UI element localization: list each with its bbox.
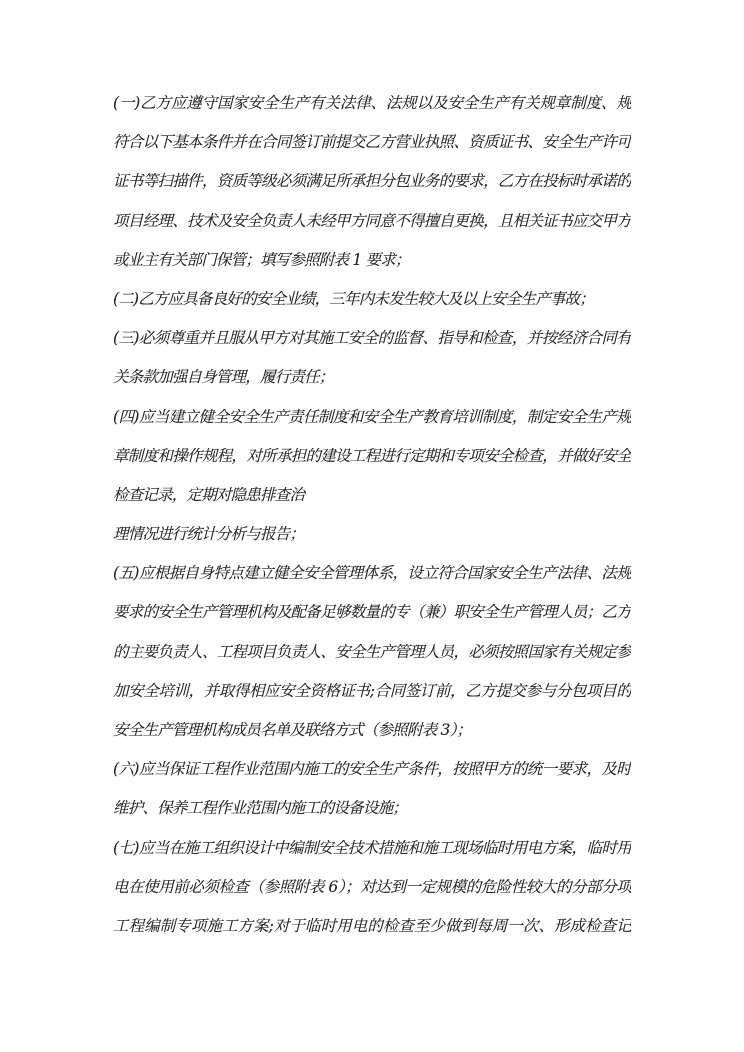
document-line: 的主要负责人、工程项目负责人、安全生产管理人员，必须按照国家有关规定参 [113,633,631,672]
document-line: (七)应当在施工组织设计中编制安全技术措施和施工现场临时用电方案，临时用 [113,829,631,868]
document-line: 电在使用前必须检查（参照附表 6）；对达到一定规模的危险性较大的分部分项 [113,868,631,907]
document-line: 加安全培训，并取得相应安全资格证书;合同签订前，乙方提交参与分包项目的 [113,672,631,711]
document-line: 关条款加强自身管理，履行责任； [113,358,631,397]
contract-text-block: (一)乙方应遵守国家安全生产有关法律、法规以及安全生产有关规章制度、规定， 符合… [113,84,631,946]
document-line: 证书等扫描件，资质等级必须满足所承担分包业务的要求，乙方在投标时承诺的 [113,162,631,201]
document-line: 检查记录，定期对隐患排查治 [113,476,631,515]
document-line: 理情况进行统计分析与报告； [113,515,631,554]
document-line: (四)应当建立健全安全生产责任制度和安全生产教育培训制度，制定安全生产规 [113,398,631,437]
document-line: 或业主有关部门保管；填写参照附表 1 要求； [113,241,631,280]
document-line: 项目经理、技术及安全负责人未经甲方同意不得擅自更换，且相关证书应交甲方 [113,202,631,241]
document-line: 章制度和操作规程，对所承担的建设工程进行定期和专项安全检查，并做好安全 [113,437,631,476]
document-line: (五)应根据自身特点建立健全安全管理体系，设立符合国家安全生产法律、法规 [113,554,631,593]
document-line: 工程编制专项施工方案;对于临时用电的检查至少做到每周一次、形成检查记录； [113,907,631,946]
document-page: (一)乙方应遵守国家安全生产有关法律、法规以及安全生产有关规章制度、规定， 符合… [0,0,744,1052]
document-line: 要求的安全生产管理机构及配备足够数量的专（兼）职安全生产管理人员；乙方 [113,593,631,632]
document-line: (一)乙方应遵守国家安全生产有关法律、法规以及安全生产有关规章制度、规定， [113,84,631,123]
document-line: 安全生产管理机构成员名单及联络方式（参照附表 3）； [113,711,631,750]
document-line: 符合以下基本条件并在合同签订前提交乙方营业执照、资质证书、安全生产许可 [113,123,631,162]
document-line: (三)必须尊重并且服从甲方对其施工安全的监督、指导和检查，并按经济合同有 [113,319,631,358]
document-line: (六)应当保证工程作业范围内施工的安全生产条件，按照甲方的统一要求，及时 [113,750,631,789]
document-line: 维护、保养工程作业范围内施工的设备设施； [113,789,631,828]
document-line: (二)乙方应具备良好的安全业绩，三年内未发生较大及以上安全生产事故； [113,280,631,319]
